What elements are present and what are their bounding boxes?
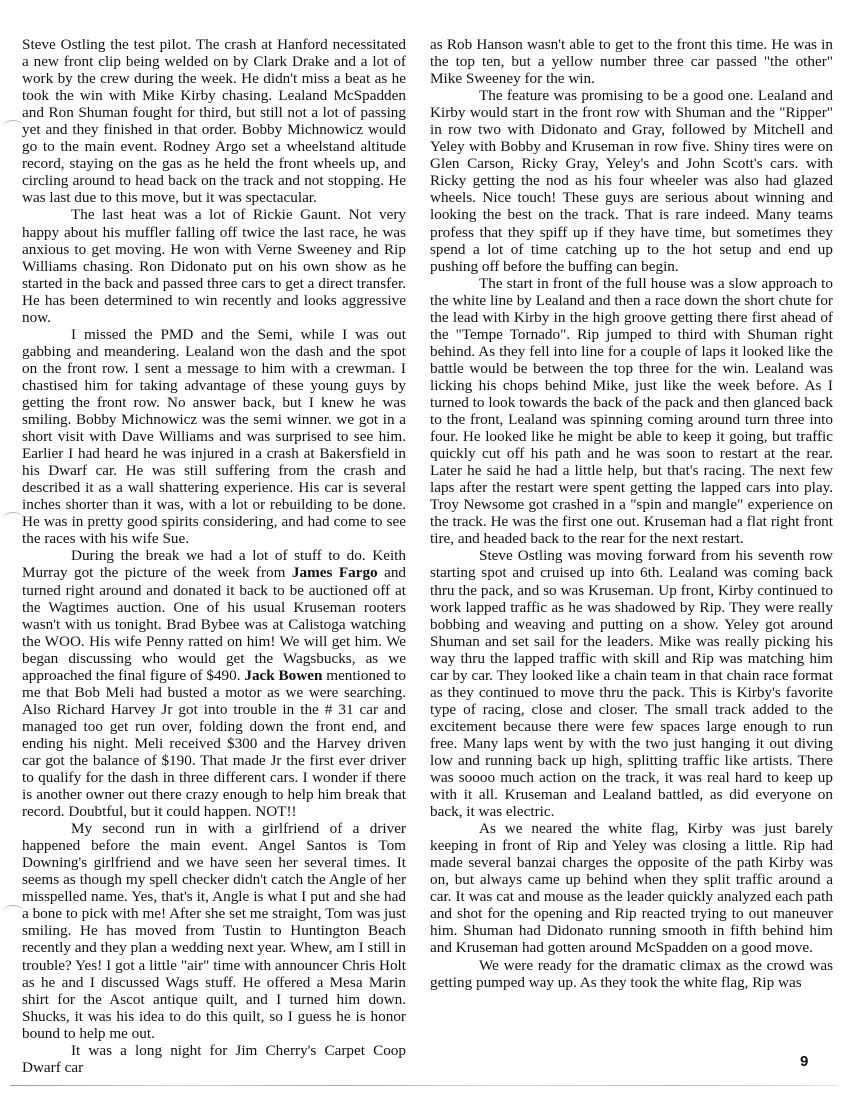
left-column: Steve Ostling the test pilot. The crash …	[22, 36, 406, 1076]
paragraph: Steve Ostling was moving forward from hi…	[430, 547, 833, 820]
paragraph: My second run in with a girlfriend of a …	[22, 820, 406, 1042]
bold-name: James Fargo	[292, 564, 378, 581]
paragraph: The last heat was a lot of Rickie Gaunt.…	[22, 206, 406, 325]
paragraph: I missed the PMD and the Semi, while I w…	[22, 326, 406, 548]
bold-name: Jack Bowen	[244, 667, 322, 684]
paragraph: We were ready for the dramatic climax as…	[430, 957, 833, 991]
paragraph: as Rob Hanson wasn't able to get to the …	[430, 36, 833, 87]
document-page: Steve Ostling the test pilot. The crash …	[0, 0, 850, 1095]
punch-hole-mark	[2, 905, 24, 920]
paragraph: Steve Ostling the test pilot. The crash …	[22, 36, 406, 206]
bottom-divider	[10, 1085, 838, 1086]
paragraph: The start in front of the full house was…	[430, 275, 833, 548]
paragraph: As we neared the white flag, Kirby was j…	[430, 820, 833, 956]
right-column: as Rob Hanson wasn't able to get to the …	[430, 36, 833, 991]
paragraph: It was a long night for Jim Cherry's Car…	[22, 1042, 406, 1076]
punch-hole-mark	[2, 512, 24, 527]
punch-hole-mark	[2, 120, 24, 135]
paragraph: The feature was promising to be a good o…	[430, 87, 833, 275]
paragraph: During the break we had a lot of stuff t…	[22, 547, 406, 820]
page-number: 9	[800, 1053, 808, 1070]
